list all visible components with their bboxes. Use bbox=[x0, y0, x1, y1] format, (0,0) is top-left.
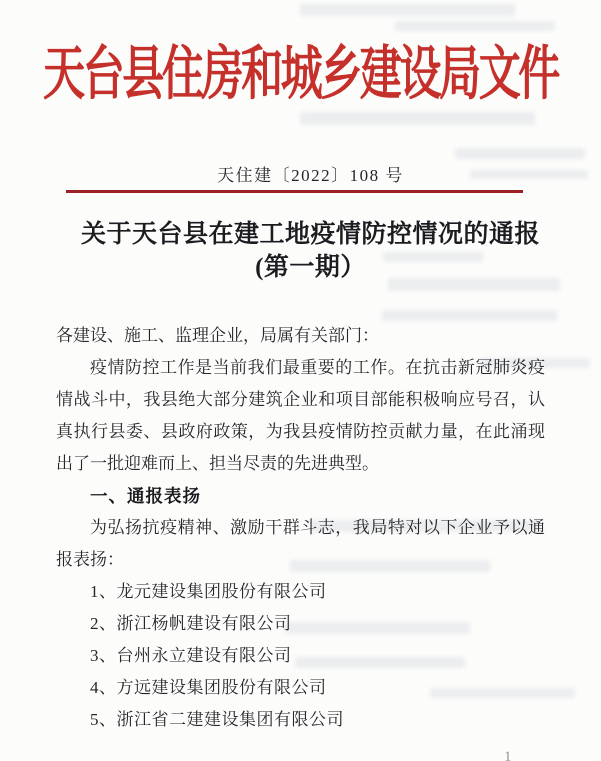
bleedthrough-artifact bbox=[455, 148, 585, 159]
company-list-item-4: 4、方远建设集团股份有限公司 bbox=[56, 672, 545, 704]
red-divider-line bbox=[66, 190, 523, 193]
bleedthrough-artifact bbox=[300, 112, 535, 125]
document-title-line1: 关于天台县在建工地疫情防控情况的通报 bbox=[10, 218, 601, 251]
document-title: 关于天台县在建工地疫情防控情况的通报 (第一期） bbox=[10, 218, 601, 284]
bleedthrough-artifact bbox=[395, 21, 555, 31]
document-number: 天住建〔2022〕108 号 bbox=[10, 161, 601, 186]
salutation: 各建设、施工、监理企业，局属有关部门： bbox=[56, 320, 545, 352]
company-list-item-1: 1、龙元建设集团股份有限公司 bbox=[56, 576, 545, 608]
document-body: 各建设、施工、监理企业，局属有关部门： 疫情防控工作是当前我们最重要的工作。在抗… bbox=[56, 320, 545, 736]
bleedthrough-artifact bbox=[300, 4, 515, 16]
paragraph-1: 疫情防控工作是当前我们最重要的工作。在抗击新冠肺炎疫情战斗中，我县绝大部分建筑企… bbox=[56, 352, 545, 480]
page-number: 1 bbox=[504, 749, 512, 761]
document-title-line2: (第一期） bbox=[10, 251, 601, 284]
section-heading-commendation: 一、通报表扬 bbox=[56, 480, 545, 512]
company-list-item-5: 5、浙江省二建建设集团有限公司 bbox=[56, 704, 545, 736]
agency-letterhead-title: 天台县住房和城乡建设局文件 bbox=[0, 46, 601, 105]
company-list-item-3: 3、台州永立建设有限公司 bbox=[56, 640, 545, 672]
document-page: 天台县住房和城乡建设局文件 天住建〔2022〕108 号 关于天台县在建工地疫情… bbox=[0, 0, 601, 761]
company-list-item-2: 2、浙江杨帆建设有限公司 bbox=[56, 608, 545, 640]
paragraph-2: 为弘扬抗疫精神、激励干群斗志，我局特对以下企业予以通报表扬： bbox=[56, 512, 545, 576]
